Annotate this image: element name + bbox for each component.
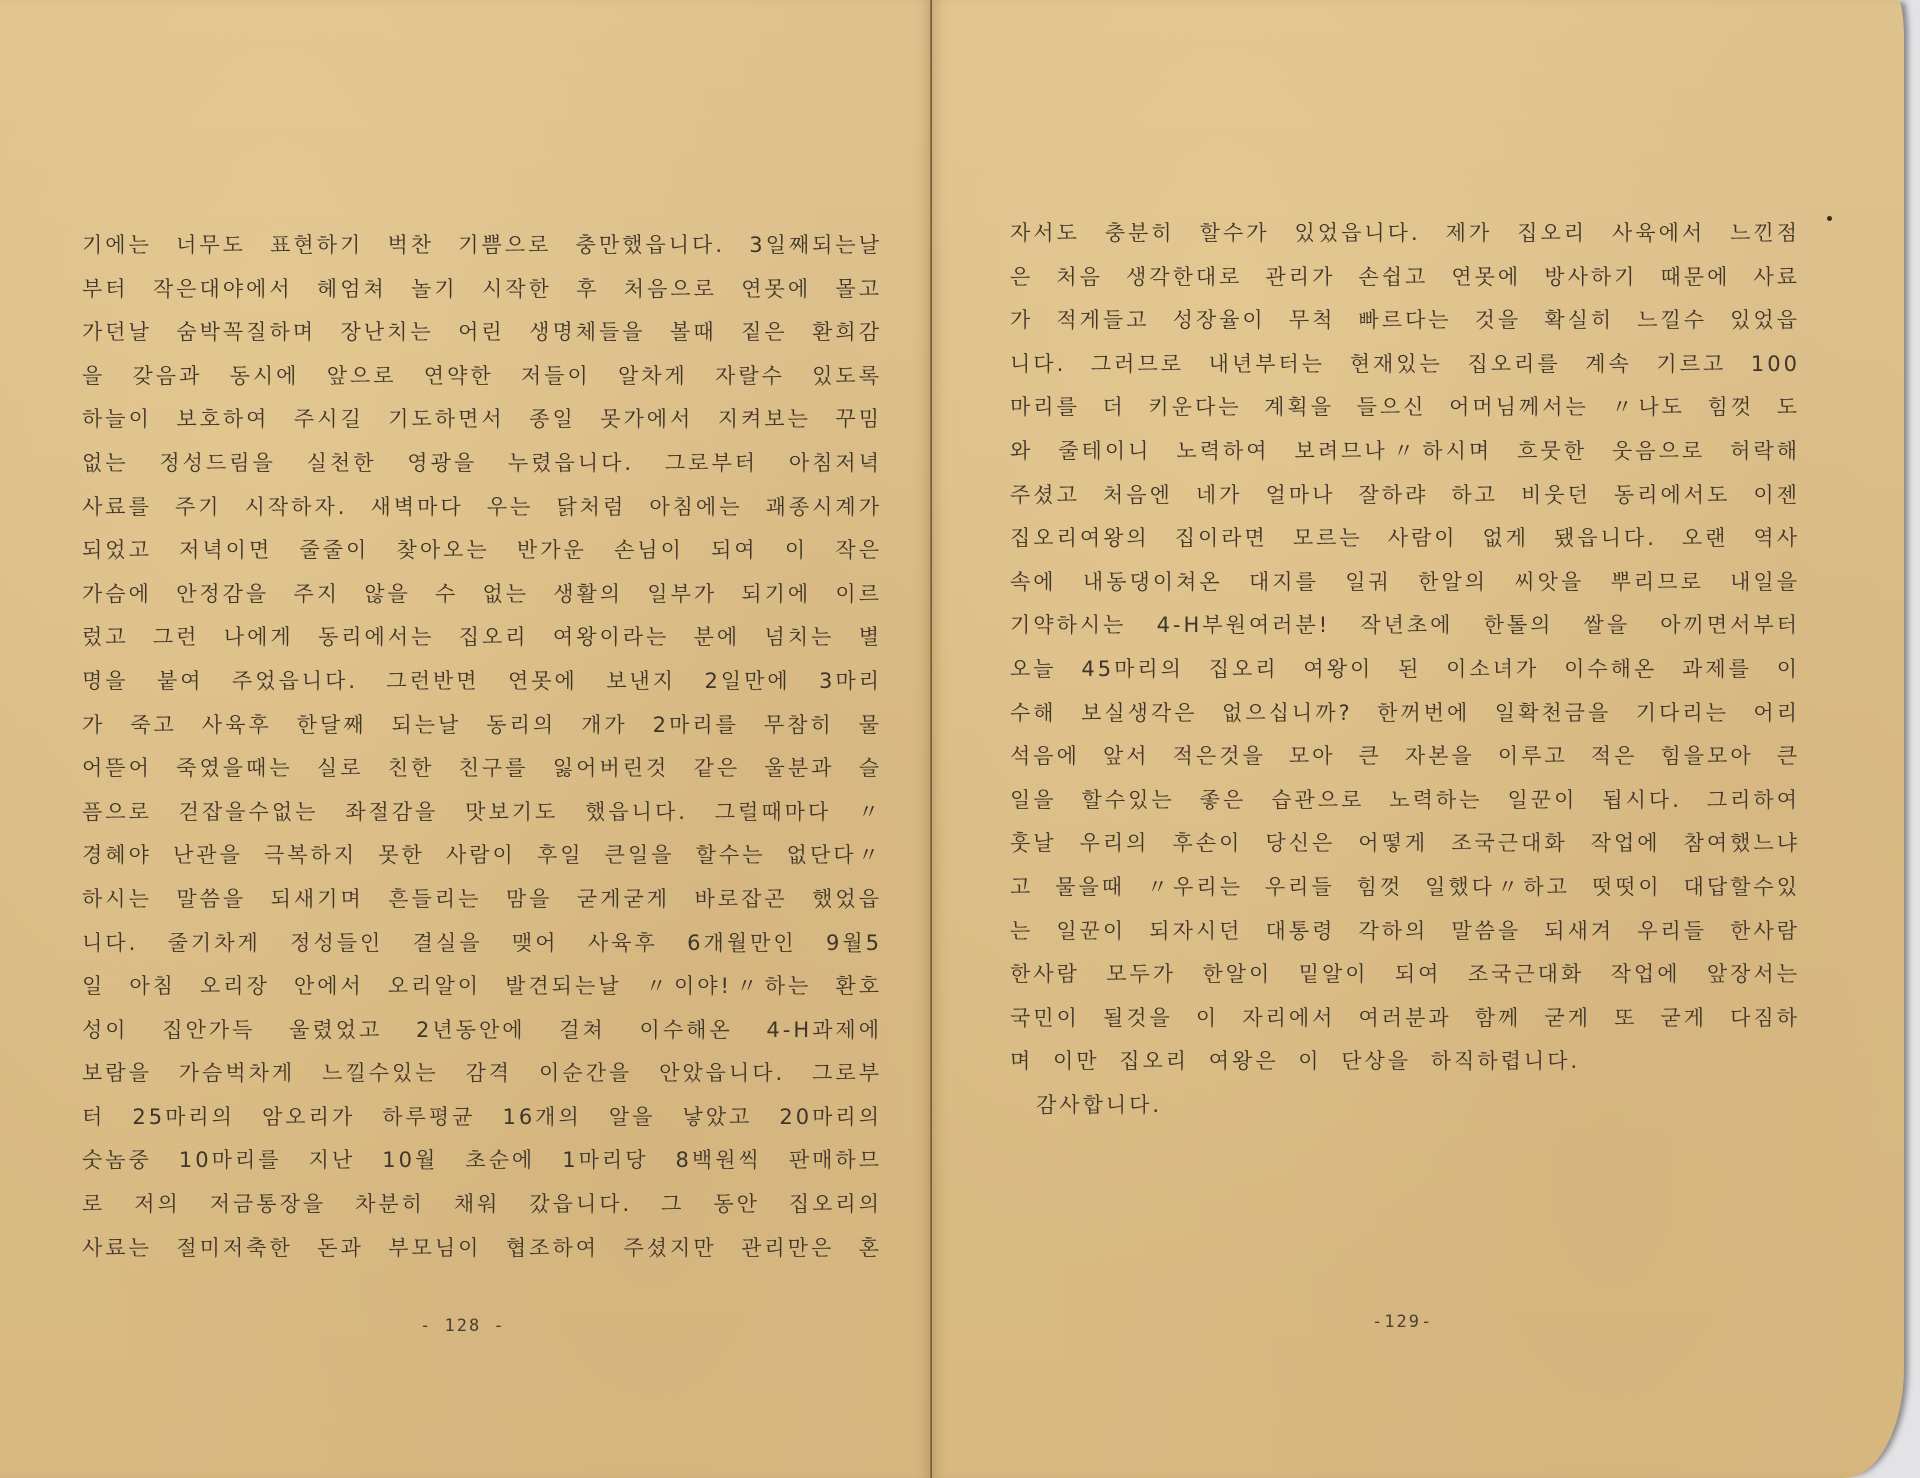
text-line: 부터 작은대야에서 헤엄쳐 놀기 시작한 후 처음으로 연못에 몰고 [82, 268, 882, 312]
text-line: 한사람 모두가 한알이 밑알이 되여 조국근대화 작업에 앞장서는 [1010, 953, 1800, 997]
text-line: 렀고 그런 나에게 동리에서는 집오리 여왕이라는 분에 넘치는 별 [82, 616, 882, 660]
text-line: 속에 내동댕이쳐온 대지를 일궈 한알의 씨앗을 뿌리므로 내일을 [1010, 561, 1800, 605]
text-line: 사료는 절미저축한 돈과 부모님이 협조하여 주셨지만 관리만은 혼 [82, 1227, 882, 1271]
text-line: 일을 할수있는 좋은 습관으로 노력하는 일꾼이 됩시다. 그리하여 [1010, 779, 1800, 823]
text-line: 픔으로 걷잡을수없는 좌절감을 맛보기도 했읍니다. 그럴때마다 〃 [82, 791, 882, 835]
right-page-body: 자서도 충분히 할수가 있었읍니다. 제가 집오리 사육에서 느낀점 은 처음 … [1010, 212, 1800, 1127]
text-line: 경혜야 난관을 극복하지 못한 사람이 후일 큰일을 할수는 없단다〃 [82, 834, 882, 878]
text-line: 가 적게들고 성장율이 무척 빠르다는 것을 확실히 느낄수 있었읍 [1010, 299, 1800, 343]
text-line: 고 물을때 〃우리는 우리들 힘껏 일했다〃하고 떳떳이 대답할수있 [1010, 866, 1800, 910]
text-line: 주셨고 처음엔 네가 얼마나 잘하랴 하고 비웃던 동리에서도 이젠 [1010, 474, 1800, 518]
text-line: 터 25마리의 암오리가 하루평균 16개의 알을 낳았고 20마리의 [82, 1096, 882, 1140]
page-number-right: -129- [1372, 1312, 1433, 1332]
text-line: 없는 정성드림을 실천한 영광을 누렸읍니다. 그로부터 아침저녁 [82, 442, 882, 486]
left-page-body: 기에는 너무도 표현하기 벅찬 기쁨으로 충만했읍니다. 3일째되는날 부터 작… [82, 224, 882, 1270]
text-line: 며 이만 집오리 여왕은 이 단상을 하직하렵니다. [1010, 1040, 1800, 1084]
text-line: 마리를 더 키운다는 계획을 들으신 어머님께서는 〃나도 힘껏 도 [1010, 386, 1800, 430]
text-line: 성이 집안가득 울렸었고 2년동안에 걸쳐 이수해온 4-H과제에 [82, 1009, 882, 1053]
text-line: 되었고 저녁이면 줄줄이 찾아오는 반가운 손님이 되여 이 작은 [82, 529, 882, 573]
text-line: 숫놈중 10마리를 지난 10월 초순에 1마리당 8백원씩 판매하므 [82, 1139, 882, 1183]
text-line: 사료를 주기 시작하자. 새벽마다 우는 닭처럼 아침에는 괘종시계가 [82, 486, 882, 530]
text-line: 기에는 너무도 표현하기 벅찬 기쁨으로 충만했읍니다. 3일째되는날 [82, 224, 882, 268]
text-line: 가슴에 안정감을 주지 않을 수 없는 생활의 일부가 되기에 이르 [82, 573, 882, 617]
text-line: 석음에 앞서 적은것을 모아 큰 자본을 이루고 적은 힘을모아 큰 [1010, 735, 1800, 779]
text-line: 보람을 가슴벅차게 느낄수있는 감격 이순간을 안았읍니다. 그로부 [82, 1052, 882, 1096]
text-line: 을 갖음과 동시에 앞으로 연약한 저들이 알차게 자랄수 있도록 [82, 355, 882, 399]
text-line: 오늘 45마리의 집오리 여왕이 된 이소녀가 이수해온 과제를 이 [1010, 648, 1800, 692]
text-line: 국민이 될것을 이 자리에서 여러분과 함께 굳게 또 굳게 다짐하 [1010, 997, 1800, 1041]
text-line: 니다. 그러므로 내년부터는 현재있는 집오리를 계속 기르고 100 [1010, 343, 1800, 387]
text-line: 집오리여왕의 집이라면 모르는 사람이 없게 됐읍니다. 오랜 역사 [1010, 517, 1800, 561]
text-line: 니다. 줄기차게 정성들인 결실을 맺어 사육후 6개월만인 9월5 [82, 922, 882, 966]
text-line: 일 아침 오리장 안에서 오리알이 발견되는날 〃이야!〃하는 환호 [82, 965, 882, 1009]
text-line: 훗날 우리의 후손이 당신은 어떻게 조국근대화 작업에 참여했느냐 [1010, 822, 1800, 866]
text-line: 명을 붙여 주었읍니다. 그런반면 연못에 보낸지 2일만에 3마리 [82, 660, 882, 704]
closing-line: 감사합니다. [1010, 1084, 1800, 1128]
text-line: 와 줄테이니 노력하여 보려므나〃하시며 흐뭇한 웃음으로 허락해 [1010, 430, 1800, 474]
text-line: 은 처음 생각한대로 관리가 손쉽고 연못에 방사하기 때문에 사료 [1010, 256, 1800, 300]
book-spread: 기에는 너무도 표현하기 벅찬 기쁨으로 충만했읍니다. 3일째되는날 부터 작… [0, 0, 1920, 1478]
left-page: 기에는 너무도 표현하기 벅찬 기쁨으로 충만했읍니다. 3일째되는날 부터 작… [0, 0, 932, 1478]
text-line: 로 저의 저금통장을 차분히 채워 갔읍니다. 그 동안 집오리의 [82, 1183, 882, 1227]
text-line: 하늘이 보호하여 주시길 기도하면서 종일 못가에서 지켜보는 꾸밈 [82, 398, 882, 442]
text-line: 가 죽고 사육후 한달째 되는날 동리의 개가 2마리를 무참히 물 [82, 704, 882, 748]
page-number-left: - 128 - [420, 1316, 506, 1336]
text-line: 는 일꾼이 되자시던 대통령 각하의 말씀을 되새겨 우리들 한사람 [1010, 910, 1800, 954]
text-line: 자서도 충분히 할수가 있었읍니다. 제가 집오리 사육에서 느낀점 [1010, 212, 1800, 256]
text-line: 가던날 숨박꼭질하며 장난치는 어린 생명체들을 볼때 짙은 환희감 [82, 311, 882, 355]
text-line: 수해 보실생각은 없으십니까? 한꺼번에 일확천금을 기다리는 어리 [1010, 692, 1800, 736]
text-line: 하시는 말씀을 되새기며 흔들리는 맘을 굳게굳게 바로잡곤 했었읍 [82, 878, 882, 922]
text-line: 어뜯어 죽였을때는 실로 친한 친구를 잃어버린것 같은 울분과 슬 [82, 747, 882, 791]
ink-speck [1827, 216, 1832, 221]
text-line: 기약하시는 4-H부원여러분! 작년초에 한톨의 쌀을 아끼면서부터 [1010, 604, 1800, 648]
